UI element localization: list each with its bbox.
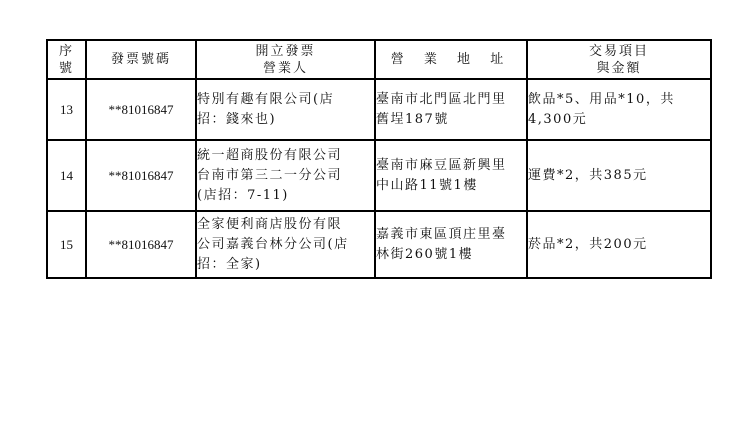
address-line: 臺南市麻豆區新興里 (376, 156, 526, 176)
header-address: 營 業 地 址 (375, 40, 527, 79)
header-seq-line-2: 號 (48, 60, 85, 77)
header-items-line-1: 交易項目 (528, 43, 710, 60)
table-row: 13 **81016847 特別有趣有限公司(店 招：錢來也) 臺南市北門區北門… (47, 79, 711, 140)
business-line: 公司嘉義台林分公司(店 (197, 235, 374, 255)
business-line: 全家便利商店股份有限 (197, 215, 374, 235)
header-invoice-no: 發票號碼 (86, 40, 196, 79)
business-line: 特別有趣有限公司(店 (197, 90, 374, 110)
header-row: 序 號 發票號碼 開立發票 營業人 營 業 地 址 交易項目 與金額 (47, 40, 711, 79)
cell-invoice-no: **81016847 (86, 211, 196, 278)
header-business: 開立發票 營業人 (196, 40, 375, 79)
items-line: 飲品*5、用品*10，共 (528, 90, 710, 110)
header-seq-line-1: 序 (48, 43, 85, 60)
header-seq: 序 號 (47, 40, 86, 79)
table-row: 15 **81016847 全家便利商店股份有限 公司嘉義台林分公司(店 招：全… (47, 211, 711, 278)
business-line: 台南市第三二一分公司 (197, 166, 374, 186)
header-address-label: 營 業 地 址 (376, 51, 526, 68)
cell-items: 運費*2，共385元 (527, 140, 711, 211)
business-line: (店招：7-11) (197, 186, 374, 206)
invoice-table: 序 號 發票號碼 開立發票 營業人 營 業 地 址 交易項目 與金額 13 **… (46, 39, 712, 279)
cell-seq: 14 (47, 140, 86, 211)
cell-invoice-no: **81016847 (86, 140, 196, 211)
address-line: 臺南市北門區北門里 (376, 90, 526, 110)
header-invoice-no-label: 發票號碼 (87, 51, 195, 68)
cell-address: 臺南市北門區北門里 舊埕187號 (375, 79, 527, 140)
header-business-line-2: 營業人 (197, 60, 374, 77)
cell-invoice-no: **81016847 (86, 79, 196, 140)
items-line: 4,300元 (528, 110, 710, 130)
business-line: 統一超商股份有限公司 (197, 146, 374, 166)
address-line: 林街260號1樓 (376, 245, 526, 265)
cell-items: 飲品*5、用品*10，共 4,300元 (527, 79, 711, 140)
cell-seq: 13 (47, 79, 86, 140)
cell-items: 菸品*2，共200元 (527, 211, 711, 278)
items-line: 菸品*2，共200元 (528, 235, 710, 255)
items-line: 運費*2，共385元 (528, 166, 710, 186)
business-line: 招：錢來也) (197, 110, 374, 130)
header-items: 交易項目 與金額 (527, 40, 711, 79)
cell-business: 特別有趣有限公司(店 招：錢來也) (196, 79, 375, 140)
address-line: 中山路11號1樓 (376, 176, 526, 196)
header-items-line-2: 與金額 (528, 60, 710, 77)
business-line: 招：全家) (197, 255, 374, 275)
cell-address: 嘉義市東區頂庄里臺 林街260號1樓 (375, 211, 527, 278)
cell-seq: 15 (47, 211, 86, 278)
address-line: 嘉義市東區頂庄里臺 (376, 225, 526, 245)
cell-address: 臺南市麻豆區新興里 中山路11號1樓 (375, 140, 527, 211)
table-row: 14 **81016847 統一超商股份有限公司 台南市第三二一分公司 (店招：… (47, 140, 711, 211)
cell-business: 統一超商股份有限公司 台南市第三二一分公司 (店招：7-11) (196, 140, 375, 211)
address-line: 舊埕187號 (376, 110, 526, 130)
cell-business: 全家便利商店股份有限 公司嘉義台林分公司(店 招：全家) (196, 211, 375, 278)
header-business-line-1: 開立發票 (197, 43, 374, 60)
